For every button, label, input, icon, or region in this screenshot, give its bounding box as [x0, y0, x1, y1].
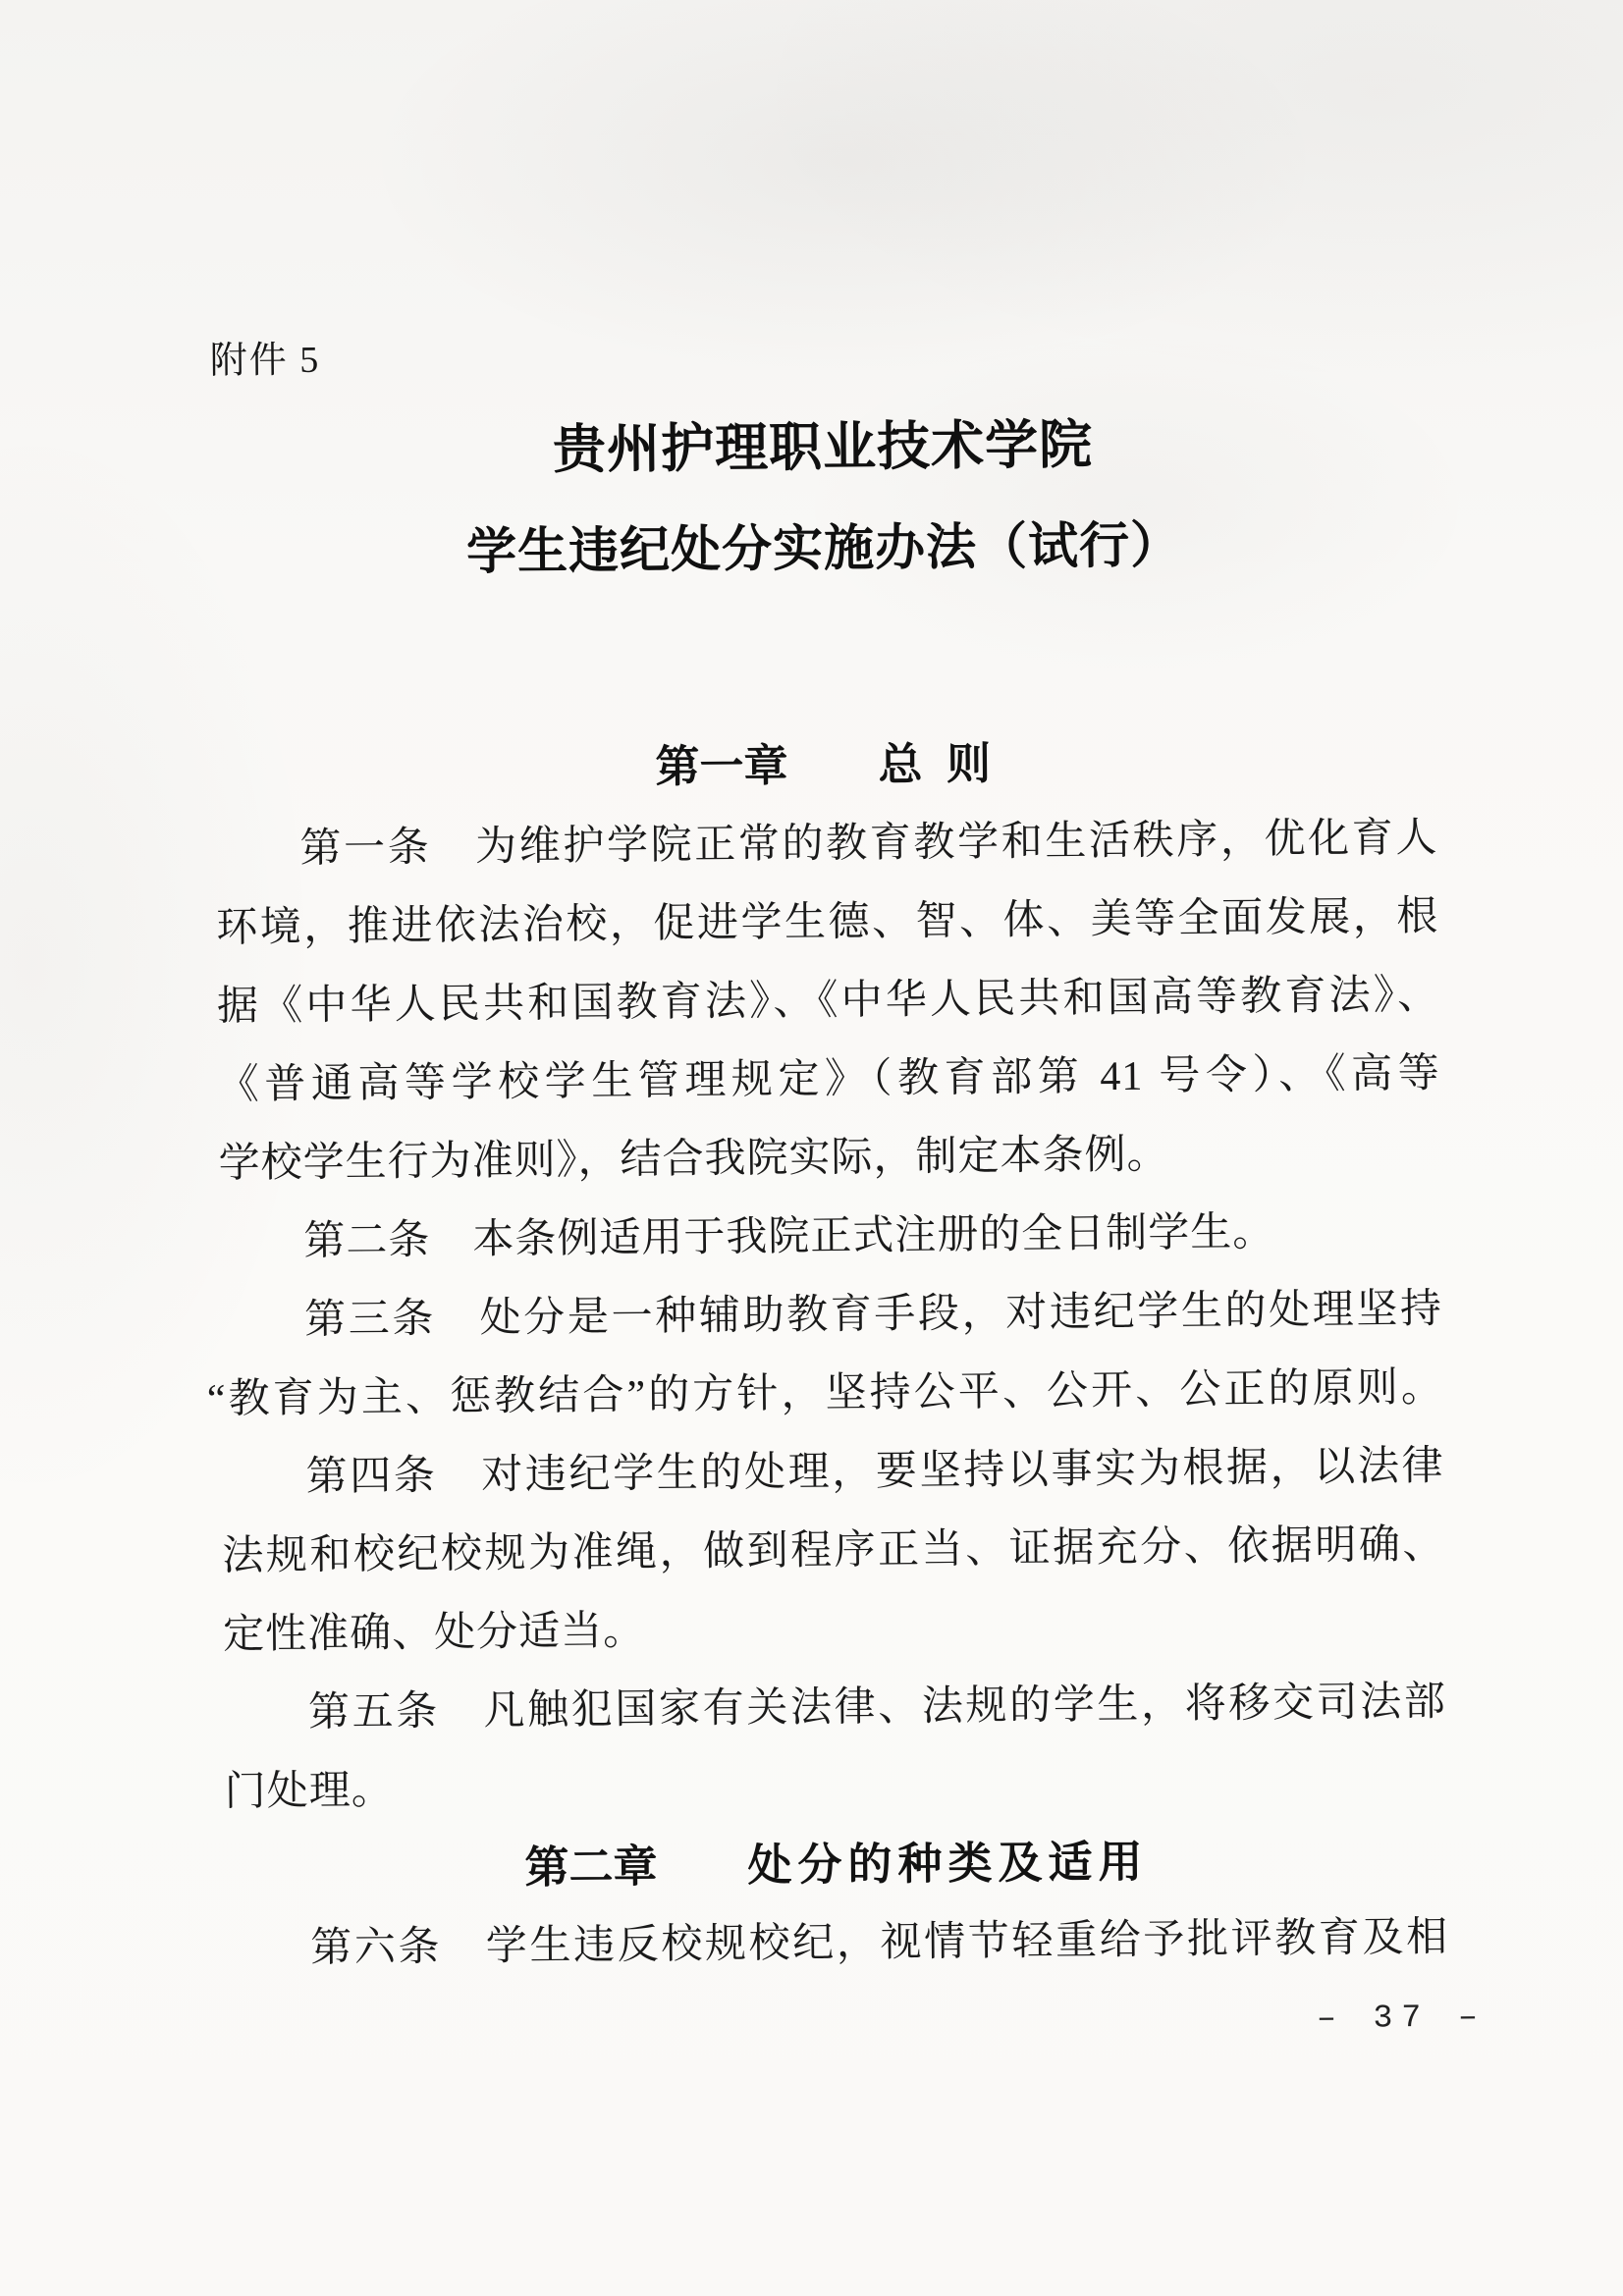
chapter-2-heading: 第二章 处分的种类及适用: [225, 1820, 1448, 1910]
body-line: 法规和校纪校规为准绳，做到程序正当、证据充分、依据明确、: [222, 1506, 1445, 1596]
body-line: 第五条 凡触犯国家有关法律、法规的学生，将移交司法部: [224, 1663, 1447, 1753]
chapter-1-heading: 第一章 总 则: [214, 721, 1437, 811]
chapter-number: 第一章: [655, 726, 788, 806]
body-line: 第六条 学生违反校规校纪，视情节轻重给予批评教育及相: [226, 1898, 1449, 1989]
chapter-title: 总 则: [878, 724, 997, 804]
body-line: 据《中华人民共和国教育法》、《中华人民共和国高等教育法》、: [217, 956, 1440, 1046]
body-line: “教育为主、惩教结合”的方针，坚持公平、公开、公正的原则。: [220, 1349, 1443, 1439]
page-number: – 37 –: [1317, 1998, 1487, 2039]
chapter-title: 处分的种类及适用: [747, 1823, 1149, 1905]
chapter-number: 第二章: [524, 1828, 658, 1907]
body-line: 第一条 为维护学院正常的教育教学和生活秩序，优化育人: [215, 799, 1438, 889]
body-line: 第四条 对违纪学生的处理，要坚持以事实为根据，以法律: [221, 1427, 1444, 1518]
body-line: 第三条 处分是一种辅助教育手段，对违纪学生的处理坚持: [220, 1270, 1443, 1361]
body-line: 第二条 本条例适用于我院正式注册的全日制学生。: [219, 1192, 1442, 1282]
document-title: 贵州护理职业技术学院: [211, 412, 1434, 483]
document-subtitle: 学生违纪处分实施办法（试行）: [212, 514, 1435, 585]
body-line: 门处理。: [224, 1741, 1447, 1832]
attachment-label: 附件 5: [209, 337, 320, 385]
body-line: 定性准确、处分适当。: [223, 1584, 1446, 1675]
document-body: 第一章 总 则 第一条 为维护学院正常的教育教学和生活秩序，优化育人 环境，推进…: [214, 721, 1448, 1989]
body-line: 环境，推进依法治校，促进学生德、智、体、美等全面发展，根: [216, 878, 1439, 968]
body-line: 学校学生行为准则》，结合我院实际，制定本条例。: [218, 1113, 1441, 1203]
page-sheet: 附件 5 贵州护理职业技术学院 学生违纪处分实施办法（试行） 第一章 总 则 第…: [0, 0, 1623, 2296]
document-page: 附件 5 贵州护理职业技术学院 学生违纪处分实施办法（试行） 第一章 总 则 第…: [0, 0, 1623, 2296]
body-line: 《普通高等学校学生管理规定》（教育部第 41 号令）、《高等: [217, 1035, 1440, 1125]
